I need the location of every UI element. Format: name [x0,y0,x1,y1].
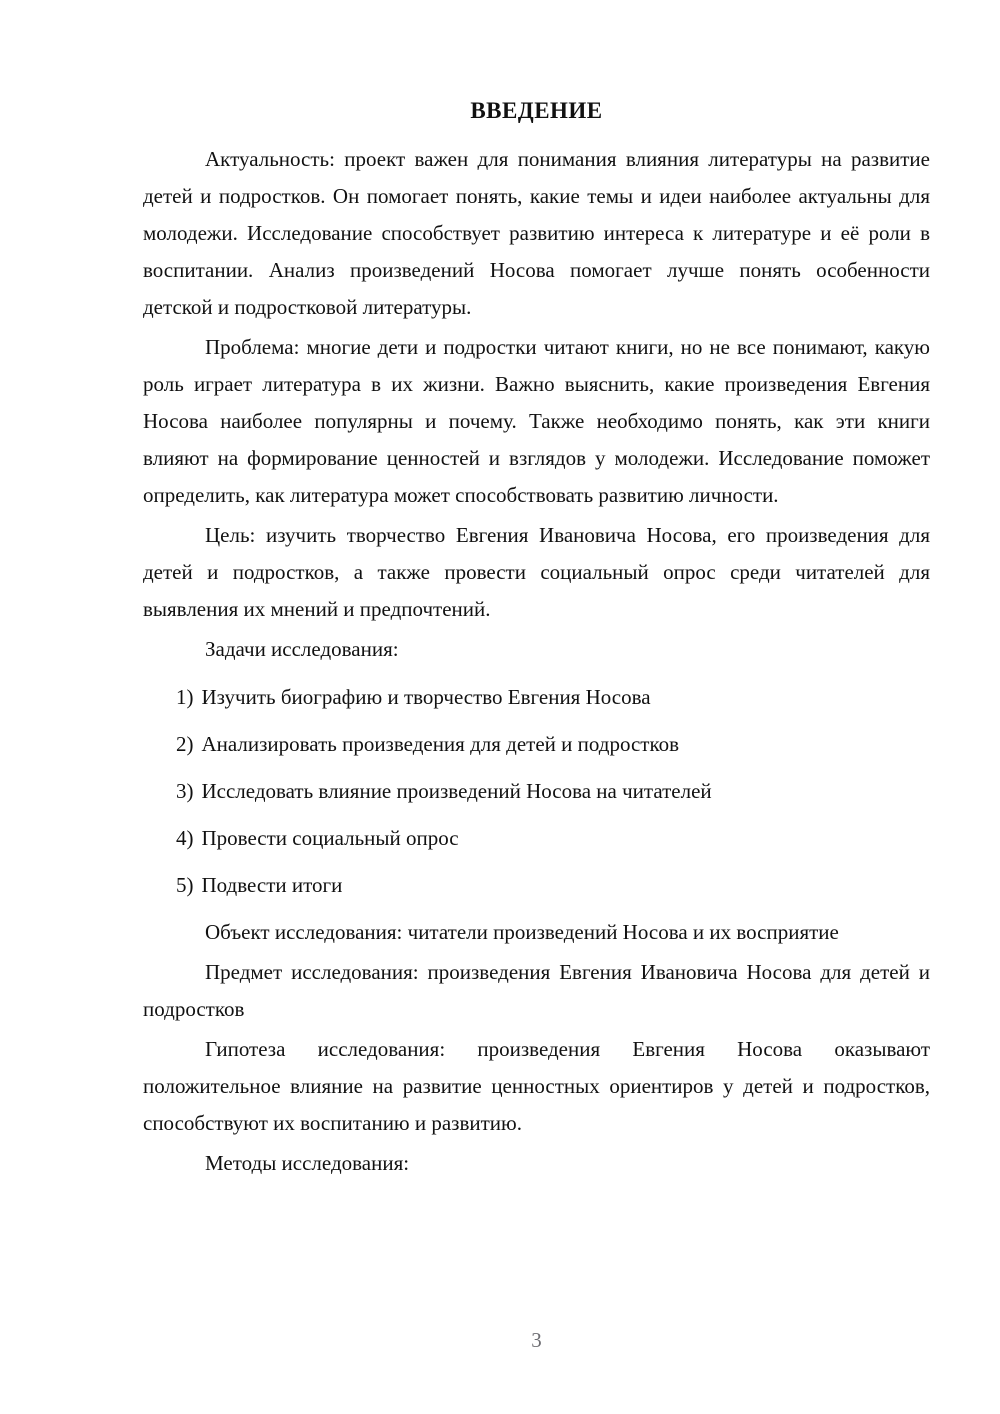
tasks-heading: Задачи исследования: [143,631,930,668]
tasks-list: 1)Изучить биографию и творчество Евгения… [143,679,930,904]
task-text: Подвести итоги [202,873,343,897]
task-number: 5) [176,873,194,897]
methods-heading: Методы исследования: [143,1145,930,1182]
page-title: ВВЕДЕНИЕ [143,92,930,129]
task-item-5: 5)Подвести итоги [176,867,930,904]
task-text: Исследовать влияние произведений Носова … [202,779,712,803]
paragraph-problem: Проблема: многие дети и подростки читают… [143,329,930,514]
paragraph-subject: Предмет исследования: произведения Евген… [143,954,930,1028]
task-item-4: 4)Провести социальный опрос [176,820,930,857]
task-number: 3) [176,779,194,803]
task-text: Изучить биографию и творчество Евгения Н… [202,685,651,709]
task-item-3: 3)Исследовать влияние произведений Носов… [176,773,930,810]
task-number: 1) [176,685,194,709]
task-text: Провести социальный опрос [202,826,459,850]
task-number: 4) [176,826,194,850]
paragraph-object: Объект исследования: читатели произведен… [143,914,930,951]
page-number: 3 [143,1322,930,1359]
task-item-2: 2)Анализировать произведения для детей и… [176,726,930,763]
task-item-1: 1)Изучить биографию и творчество Евгения… [176,679,930,716]
task-number: 2) [176,732,194,756]
paragraph-goal: Цель: изучить творчество Евгения Иванови… [143,517,930,628]
task-text: Анализировать произведения для детей и п… [202,732,680,756]
paragraph-hypothesis: Гипотеза исследования: произведения Евге… [143,1031,930,1142]
document-page: ВВЕДЕНИЕ Актуальность: проект важен для … [0,0,1000,1414]
paragraph-relevance: Актуальность: проект важен для понимания… [143,141,930,326]
